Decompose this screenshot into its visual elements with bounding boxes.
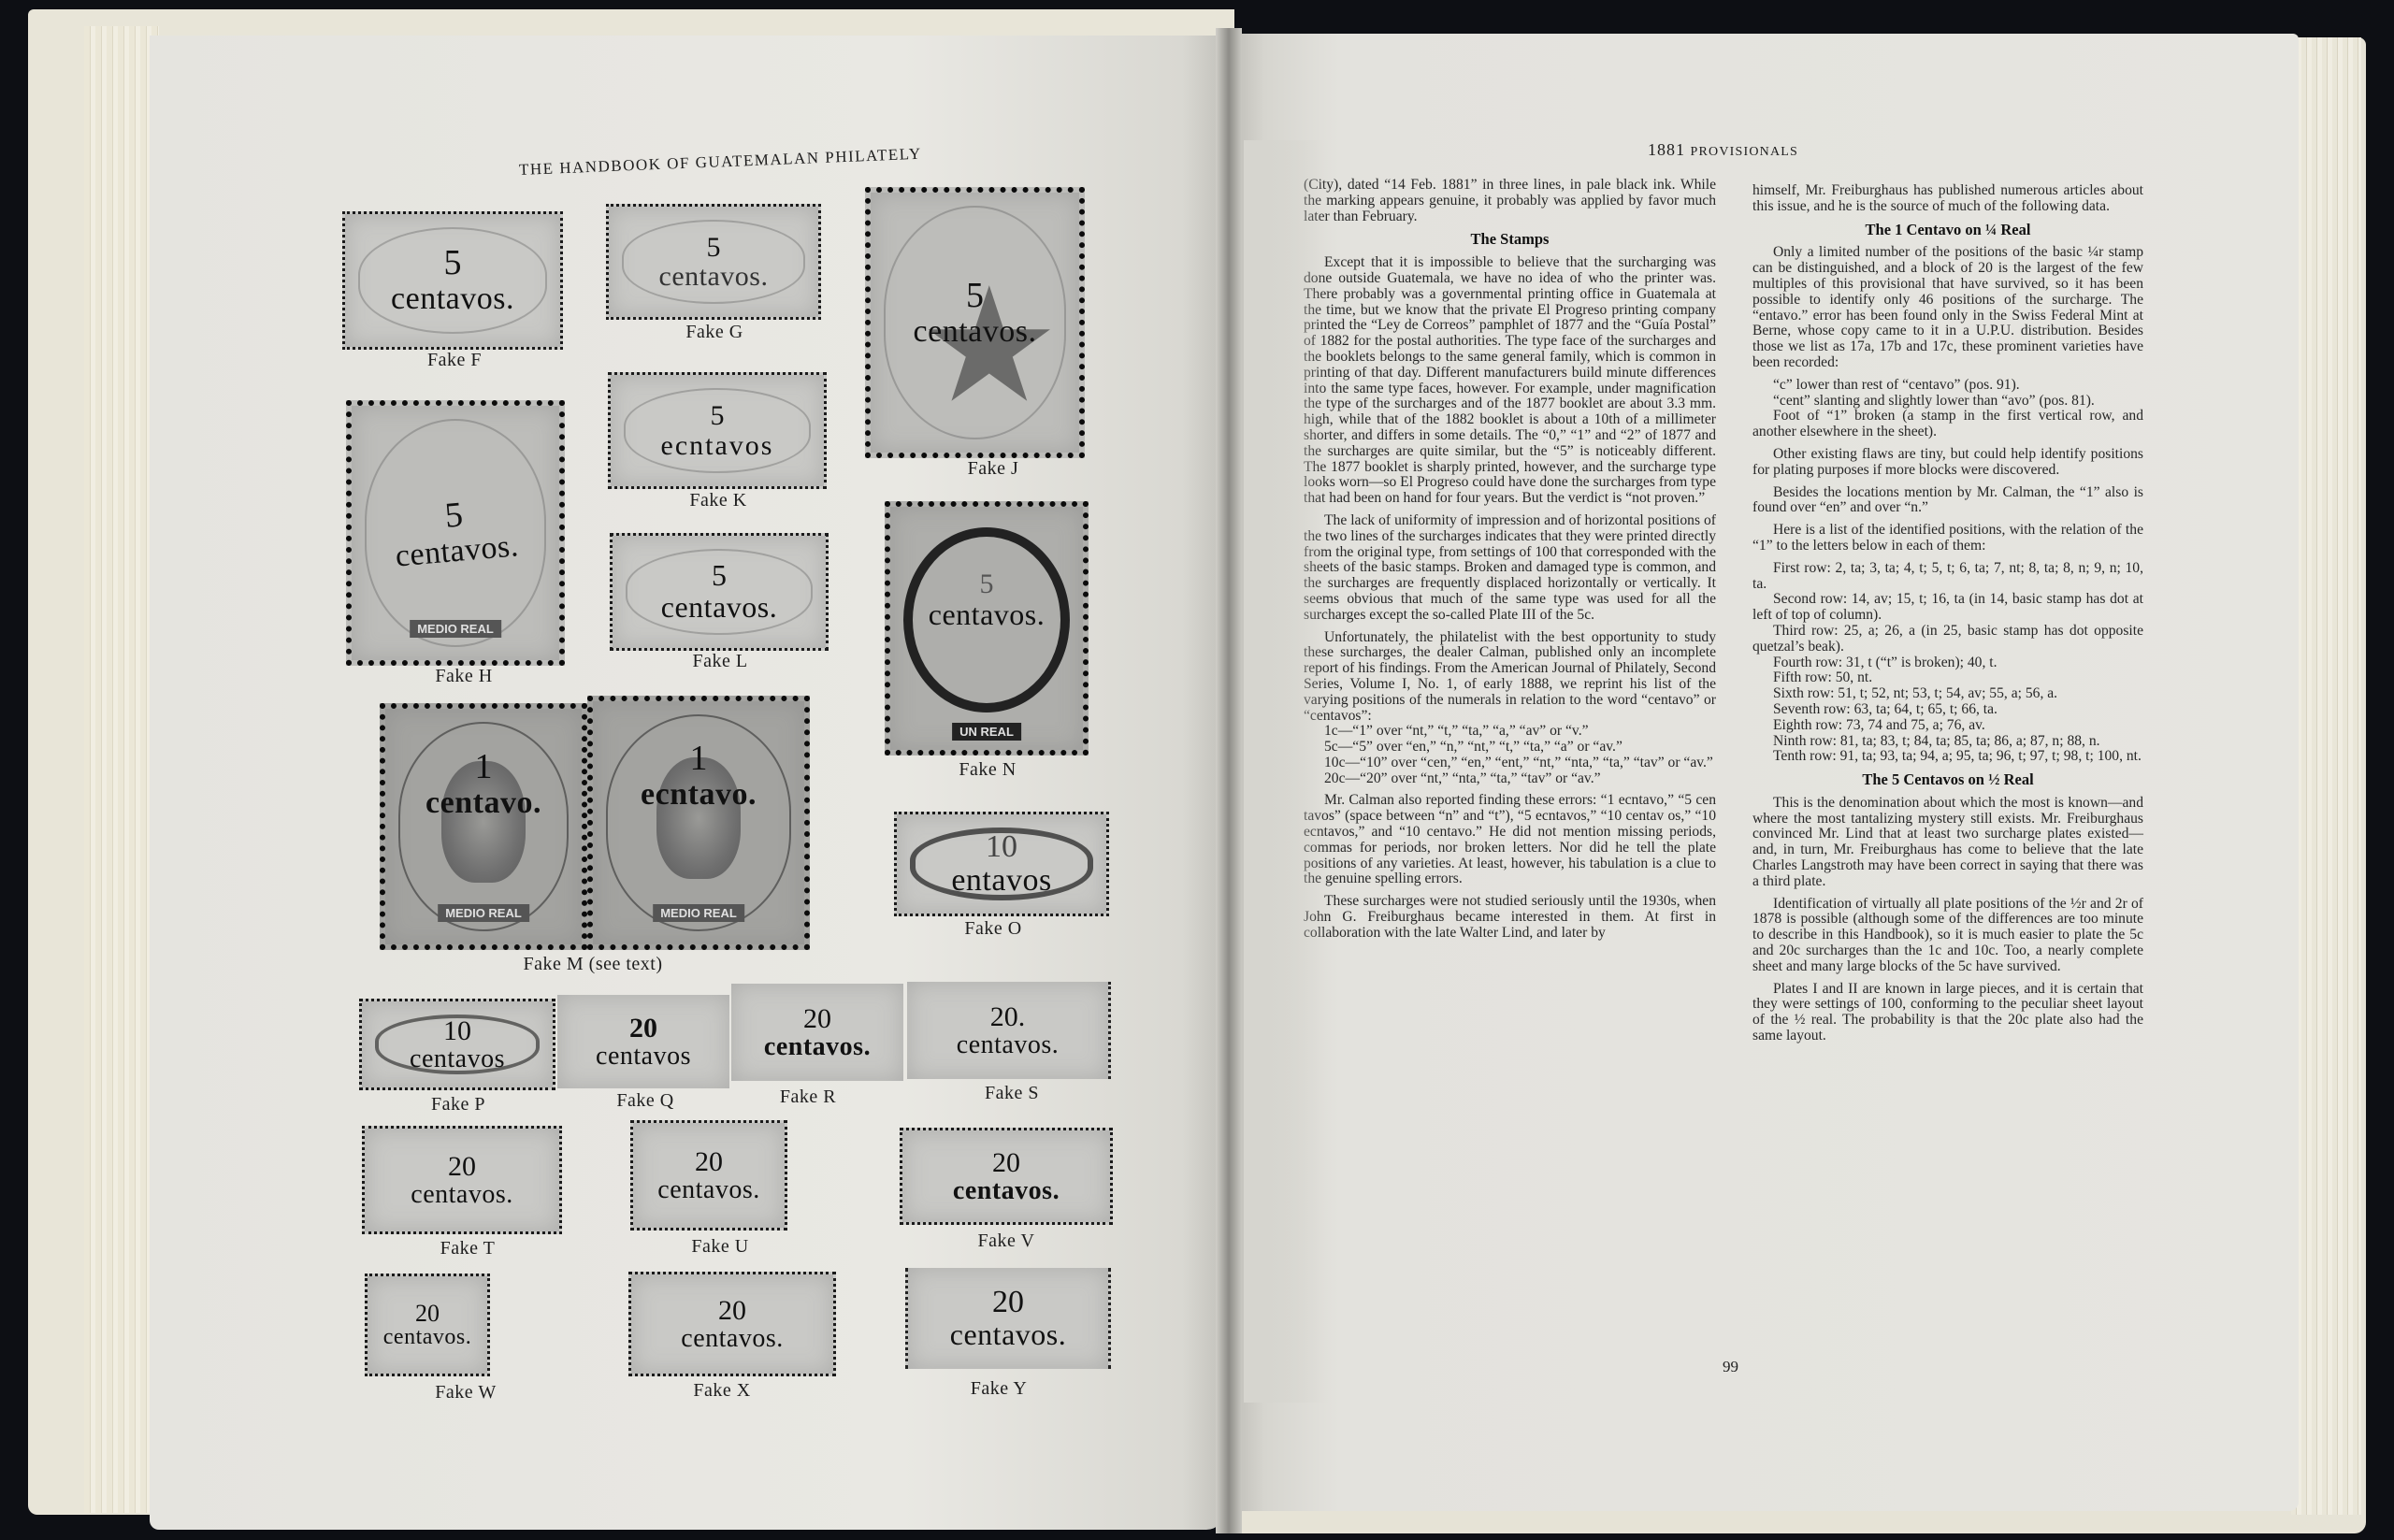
open-book: THE HANDBOOK OF GUATEMALAN PHILATELY 5 c…	[0, 0, 2394, 1540]
surcharge-word: centavos.	[383, 1326, 471, 1349]
surcharge-numeral: 5	[914, 278, 1037, 315]
section-heading-5-centavos: The 5 Centavos on ½ Real	[1752, 772, 2143, 788]
surcharge-word: centavos.	[681, 1325, 783, 1352]
position-row: Tenth row: 91, ta; 93, ta; 94, a; 95, ta…	[1752, 749, 2143, 765]
caption-fake-x: Fake X	[693, 1380, 750, 1402]
surcharge-word: centavos.	[661, 592, 777, 624]
surcharge-word: centavos.	[764, 1033, 871, 1060]
surcharge-numeral: 20.	[957, 1002, 1059, 1032]
caption-fake-h: Fake H	[435, 666, 492, 687]
position-row: Fifth row: 50, nt.	[1752, 670, 2143, 686]
running-head-year: 1881	[1648, 140, 1685, 159]
position-row: Second row: 14, av; 15, t; 16, ta (in 14…	[1752, 592, 2143, 624]
list-item: 1c—“1” over “nt,” “t,” “ta,” “a,” “av” o…	[1304, 724, 1716, 740]
caption-fake-v: Fake V	[978, 1231, 1035, 1252]
position-row: Ninth row: 81, ta; 83, t; 84, ta; 85, ta…	[1752, 734, 2143, 750]
surcharge-numeral: 5	[929, 569, 1045, 599]
medio-real-label: MEDIO REAL	[653, 904, 744, 922]
surcharge-numeral: 20	[950, 1286, 1066, 1319]
caption-fake-u: Fake U	[691, 1236, 748, 1258]
stamp-fake-q: 20 centavos	[557, 995, 729, 1088]
paragraph: Other existing flaws are tiny, but could…	[1752, 447, 2143, 479]
section-heading-1-centavo: The 1 Centavo on ¼ Real	[1752, 223, 2143, 238]
stamp-fake-m-right: MEDIO REAL 1 ecntavo.	[587, 696, 810, 950]
paragraph: Only a limited number of the positions o…	[1752, 245, 2143, 370]
paragraph: The lack of uniformity of impression and…	[1304, 513, 1716, 624]
stamp-fake-s: 20. centavos.	[907, 982, 1111, 1079]
un-real-label: UN REAL	[952, 723, 1021, 741]
surcharge-numeral: 10	[410, 1016, 505, 1046]
page-number: 99	[1723, 1358, 1738, 1376]
paragraph: Mr. Calman also reported finding these e…	[1304, 793, 1716, 887]
caption-fake-l: Fake L	[692, 651, 747, 672]
caption-fake-m: Fake M (see text)	[523, 954, 662, 975]
paragraph: himself, Mr. Freiburghaus has published …	[1752, 183, 2143, 215]
caption-fake-q: Fake Q	[616, 1090, 673, 1112]
surcharge-numeral: 20	[596, 1014, 691, 1043]
surcharge-numeral: 1	[641, 741, 757, 778]
surcharge-numeral: 20	[953, 1148, 1060, 1178]
surcharge-numeral: 10	[951, 830, 1051, 864]
list-item: 20c—“20” over “nt,” “nta,” “ta,” “tav” o…	[1304, 771, 1716, 787]
stamp-fake-y: 20 centavos.	[905, 1268, 1111, 1369]
surcharge-word: ecntavos	[661, 431, 774, 461]
paragraph: Identification of virtually all plate po…	[1752, 897, 2143, 975]
stamp-fake-v: 20 centavos.	[900, 1128, 1113, 1225]
variety-item: Foot of “1” broken (a stamp in the first…	[1752, 409, 2143, 440]
medio-real-label: MEDIO REAL	[438, 904, 529, 922]
surcharge-word: ecntavo.	[641, 778, 757, 812]
paragraph: Plates I and II are known in large piece…	[1752, 982, 2143, 1044]
page-edges-left	[84, 26, 159, 1513]
book-gutter	[1216, 28, 1242, 1533]
stamp-fake-u: 20 centavos.	[630, 1120, 787, 1231]
position-row: First row: 2, ta; 3, ta; 4, t; 5, t; 6, …	[1752, 561, 2143, 593]
paragraph: Except that it is impossible to believe …	[1304, 255, 1716, 507]
stamp-fake-r: 20 centavos.	[731, 984, 903, 1081]
paragraph: Besides the locations mention by Mr. Cal…	[1752, 485, 2143, 517]
stamp-fake-x: 20 centavos.	[628, 1272, 836, 1376]
stamp-fake-k: 5 ecntavos	[608, 372, 827, 489]
position-row: Sixth row: 51, t; 52, nt; 53, t; 54, av;…	[1752, 686, 2143, 702]
variety-item: “c” lower than rest of “centavo” (pos. 9…	[1752, 378, 2143, 394]
stamp-fake-g: 5 centavos.	[606, 204, 821, 320]
position-row: Eighth row: 73, 74 and 75, a; 76, av.	[1752, 718, 2143, 734]
caption-fake-p: Fake P	[431, 1094, 485, 1115]
position-row: Seventh row: 63, ta; 64, t; 65, t; 66, t…	[1752, 702, 2143, 718]
surcharge-numeral: 20	[411, 1152, 512, 1182]
paragraph: Unfortunately, the philatelist with the …	[1304, 630, 1716, 725]
surcharge-word: centavos.	[929, 599, 1045, 631]
surcharge-word: centavo.	[425, 786, 541, 820]
caption-fake-f: Fake F	[427, 350, 482, 371]
list-item: 5c—“5” over “en,” “n,” “nt,” “t,” “ta,” …	[1304, 740, 1716, 756]
surcharge-word: entavos	[951, 864, 1051, 898]
surcharge-word: centavos.	[657, 1176, 759, 1203]
list-item: 10c—“10” over “cen,” “en,” “ent,” “nt,” …	[1304, 756, 1716, 771]
stamp-fake-n: UN REAL 5 centavos.	[885, 501, 1089, 756]
caption-fake-w: Fake W	[435, 1382, 496, 1403]
position-row: Fourth row: 31, t (“t” is broken); 40, t…	[1752, 655, 2143, 671]
caption-fake-j: Fake J	[968, 458, 1019, 480]
surcharge-word: centavos.	[391, 282, 514, 316]
surcharge-numeral: 5	[659, 233, 769, 263]
page-edges-right	[2291, 37, 2361, 1515]
running-head-title: PROVISIONALS	[1691, 145, 1799, 159]
paragraph: (City), dated “14 Feb. 1881” in three li…	[1304, 178, 1716, 224]
stamp-fake-t: 20 centavos.	[362, 1126, 562, 1234]
paragraph: These surcharges were not studied seriou…	[1304, 894, 1716, 941]
caption-fake-o: Fake O	[964, 918, 1021, 940]
running-head-right: 1881 PROVISIONALS	[1648, 140, 1798, 160]
surcharge-numeral: 20	[681, 1296, 783, 1326]
surcharge-word: centavos.	[957, 1031, 1059, 1058]
surcharge-word: centavos	[596, 1043, 691, 1070]
caption-fake-r: Fake R	[780, 1087, 836, 1108]
caption-fake-y: Fake Y	[971, 1378, 1028, 1400]
surcharge-numeral: 20	[764, 1004, 871, 1034]
surcharge-numeral: 5	[391, 245, 514, 282]
stamp-fake-f: 5 centavos.	[342, 211, 563, 350]
surcharge-word: centavos.	[953, 1177, 1060, 1204]
paragraph: This is the denomination about which the…	[1752, 796, 2143, 890]
medio-real-label: MEDIO REAL	[410, 620, 501, 638]
stamp-fake-m-left: MEDIO REAL 1 centavo.	[380, 703, 587, 950]
surcharge-numeral: 20	[383, 1301, 471, 1326]
text-column-left: (City), dated “14 Feb. 1881” in three li…	[1304, 178, 1716, 942]
variety-item: “cent” slanting and slightly lower than …	[1752, 394, 2143, 410]
stamp-fake-p: 10 centavos	[359, 999, 555, 1090]
caption-fake-s: Fake S	[985, 1083, 1039, 1104]
caption-fake-t: Fake T	[440, 1238, 496, 1259]
surcharge-word: centavos.	[411, 1181, 512, 1208]
text-column-right: himself, Mr. Freiburghaus has published …	[1752, 183, 2143, 1044]
surcharge-word: centavos	[410, 1045, 505, 1072]
section-heading-the-stamps: The Stamps	[1304, 232, 1716, 248]
stamp-fake-l: 5 centavos.	[610, 533, 829, 651]
surcharge-numeral: 1	[425, 749, 541, 786]
stamp-fake-w: 20 centavos.	[365, 1274, 490, 1376]
surcharge-numeral: 5	[661, 401, 774, 431]
caption-fake-n: Fake N	[959, 759, 1016, 781]
paragraph: Here is a list of the identified positio…	[1752, 523, 2143, 554]
surcharge-word: centavos.	[950, 1319, 1066, 1351]
caption-fake-k: Fake K	[689, 490, 746, 511]
surcharge-numeral: 5	[661, 560, 777, 592]
surcharge-numeral: 20	[657, 1147, 759, 1177]
stamp-fake-o: 10 entavos	[894, 812, 1109, 916]
position-row: Third row: 25, a; 26, a (in 25, basic st…	[1752, 624, 2143, 655]
surcharge-word: centavos.	[914, 315, 1037, 349]
stamp-fake-j: ★ 5 centavos.	[865, 187, 1085, 458]
stamp-fake-h: MEDIO REAL 5 centavos.	[346, 400, 565, 666]
caption-fake-g: Fake G	[685, 322, 743, 343]
surcharge-word: centavos.	[659, 262, 769, 292]
